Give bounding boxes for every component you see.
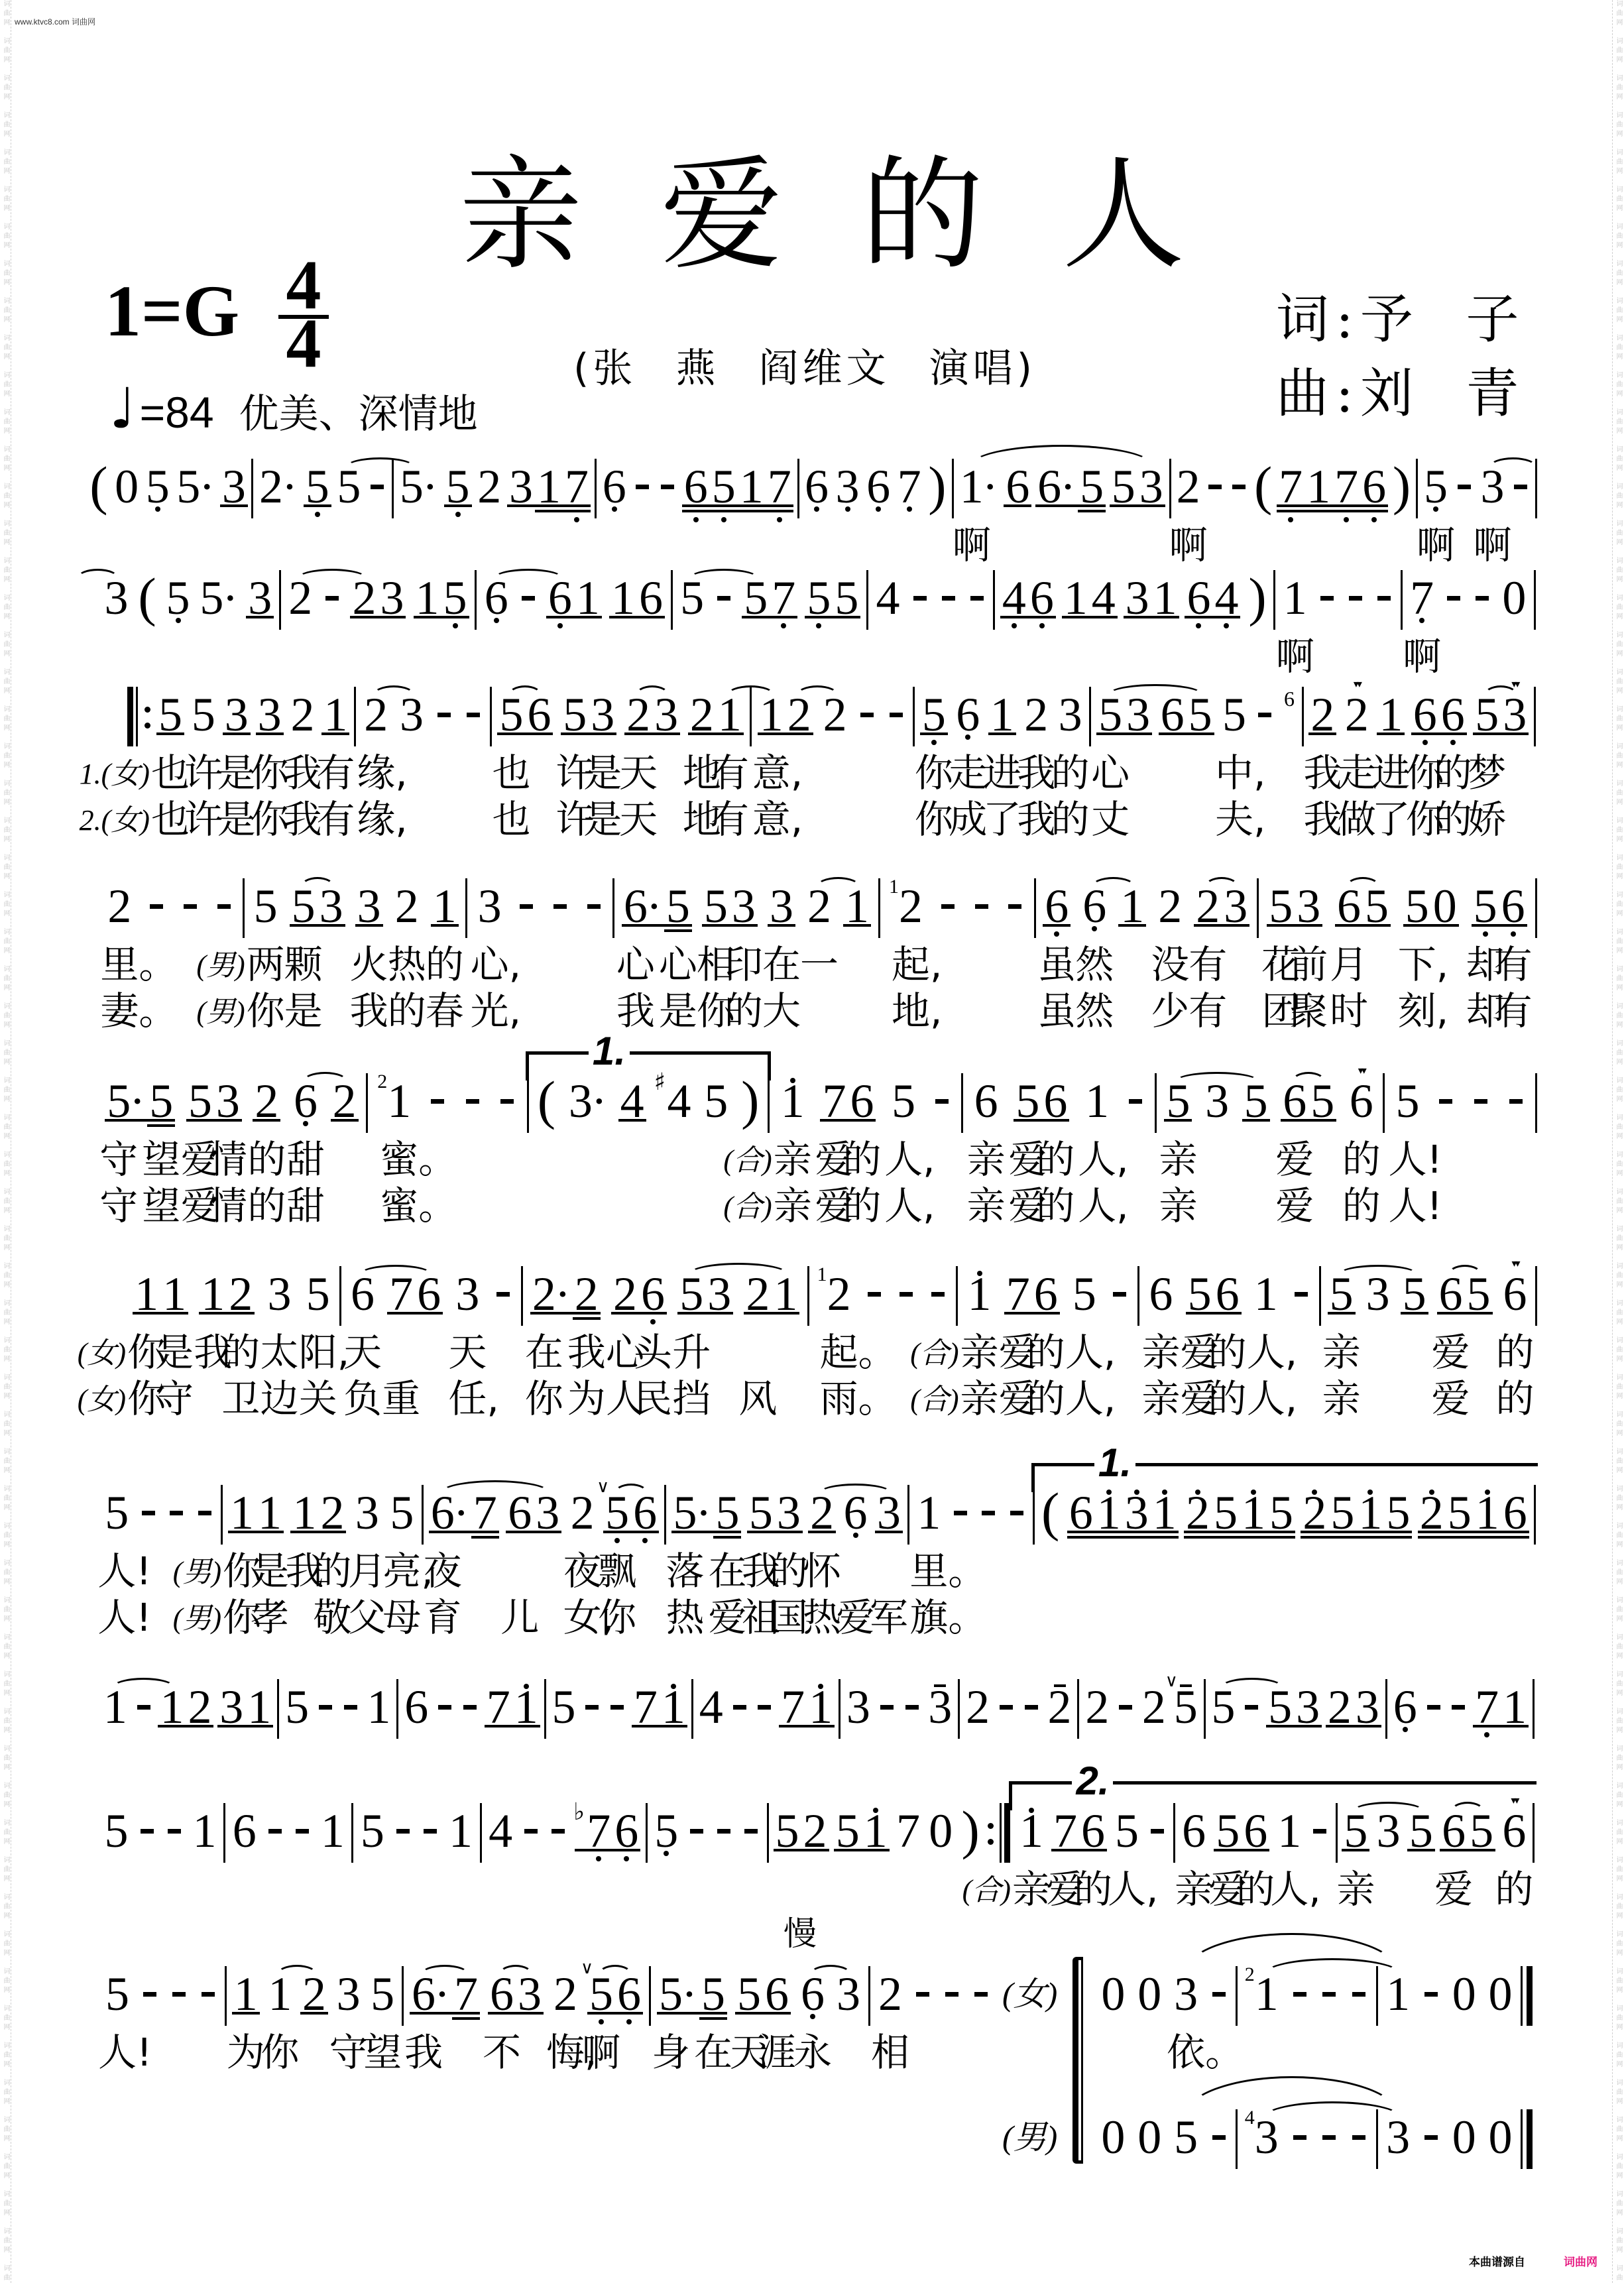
underline-bar [1401,1312,1428,1315]
note: 5 [550,1683,578,1731]
note-digit: 7 [896,1807,920,1855]
note-digit: 5 [390,1489,414,1537]
underline-bar [1439,732,1467,735]
note-digit: 3 [536,1489,559,1537]
barline [913,687,915,746]
note-digit: 2 [395,882,419,930]
note: 1 [266,1970,294,2018]
barline [868,1966,870,2026]
note: 6 [1391,1683,1419,1731]
note-digit: 5 [1015,1077,1039,1125]
open-paren: ( [1252,463,1274,510]
underline-bar [488,2012,516,2015]
staff-row-9: 5161514♭765525170)17656561535656▾▾2.亲(合)… [99,1807,1537,1855]
note-digit: 5 [1424,463,1448,510]
lyric-syllable: 的 [1434,800,1472,839]
note-digit: 5 [188,1077,212,1125]
note-digit: 6 [1082,882,1106,930]
measure: 3(55·3 [99,574,277,622]
note-digit: 2 [477,463,501,510]
note: 6 [615,1970,643,2018]
note: 3 [318,882,345,930]
note-digit: 1 [611,574,635,622]
dash-extender [459,1683,481,1731]
note: 4 [874,574,902,622]
note-digit: 1 [1283,574,1307,622]
lyric-syllable: 意, [752,754,803,792]
note-digit: 0 [1452,1970,1476,2018]
note-digit: 6 [1501,882,1525,930]
underline-bar [766,510,793,512]
note-digit: 6 [527,691,551,738]
measure: 56123 [917,691,1087,738]
rest-note: 0 [1099,1970,1127,2018]
dash-glyph [1210,2113,1228,2161]
note: 3 [835,1970,862,2018]
dash-extender [166,1489,187,1537]
note: 5 [805,574,833,622]
note: 2 [805,882,833,930]
note: 5 [702,882,730,930]
note: 2 [331,1077,359,1125]
note-digit: 5 [361,1807,384,1855]
note: 5· [174,463,217,510]
volta-bracket: 1. [1031,1463,1538,1492]
low-octave-dot [1450,740,1456,745]
measure: 5 [650,1807,765,1855]
ornament-icon: ▾▾ [1358,1065,1365,1076]
augmentation-dot: · [422,463,438,510]
low-octave-dot [907,506,912,512]
note-digit: 7 [565,463,589,510]
note-digit: 3 [1366,1270,1390,1318]
lyric-syllable: 蜜。 [380,1140,457,1179]
note: 5 [103,1970,131,2018]
underline-bar [766,504,793,507]
underline-bar [497,732,525,735]
lyric-syllable: 的 [1342,1140,1381,1179]
note-digit: 5 [1216,1807,1240,1855]
note-digit: 5 [712,463,736,510]
note: 5 [834,1807,862,1855]
note-digit: 2 [626,691,650,738]
underline-bar [1151,1531,1179,1533]
note: 1 [431,882,459,930]
note-digit: 7 [587,1807,610,1855]
underline-bar [1473,1725,1501,1727]
low-octave-dot [1371,517,1377,522]
beam-group: 53 [747,1489,803,1537]
quarter-note-icon: ♩ [109,380,136,436]
note-digit: 5 [158,691,182,738]
note-digit: 3 [357,882,381,930]
note: 4 [1090,574,1118,622]
note-digit: 6 [1187,574,1210,622]
dash-glyph [1006,882,1023,930]
underline-bar [1326,1725,1354,1727]
dash-extender [496,1077,518,1125]
note-digit: 3 [1377,1807,1401,1855]
note-digit: 6 [1081,1807,1105,1855]
underline-bar [785,732,813,735]
note-digit: 5 [1112,463,1135,510]
dash-glyph [323,574,341,622]
lyric-syllable: 的 [426,945,464,984]
note-digit: 2 [1024,691,1048,738]
close-paren: ) [959,1807,981,1855]
note: 3 [266,1270,294,1318]
dash-extender [1435,1077,1456,1125]
singer-label: 1.(女) [80,758,151,791]
lyric-syllable: 你(男) [247,992,285,1030]
note: 5· [657,1970,699,2018]
dash-glyph [139,1807,156,1855]
underline-bar [561,732,589,735]
dash-extender [864,1270,885,1318]
note-digit: 5 [776,1807,799,1855]
dash-glyph [461,1683,479,1731]
note-digit: 4 [1214,574,1238,622]
note: 5 [1401,1270,1428,1318]
lyric-syllable: 重 [382,1379,420,1418]
open-paren: ( [536,1077,557,1125]
note: 5 [702,1077,730,1125]
underline-bar [738,504,766,507]
underline-bar [1079,1849,1107,1851]
note: 6 [1214,1270,1242,1318]
dash-extender [168,1970,190,2018]
barline [595,459,597,518]
note-digit: 3 [1139,463,1163,510]
lyric-syllable: 亲(合) [774,1140,812,1179]
footer-source-text: 本曲谱源自 [1469,2256,1525,2269]
barline [1319,1266,1321,1326]
underline-bar [217,1725,245,1727]
note: 5 [1172,2113,1200,2161]
low-octave-dot [1403,1727,1408,1732]
lyric-syllable: 育 [424,1598,462,1637]
beam-group: 56 [1014,1077,1069,1125]
note-digit: 3 [770,882,793,930]
underline-bar [1096,732,1124,735]
note-digit: 6 [294,1077,318,1125]
lyric-syllable: 的 [1495,1870,1533,1908]
note-digit: 6 [603,463,626,510]
note-digit: 5 [1268,1683,1292,1731]
ornament-icon: ▾▾ [1511,679,1518,689]
low-octave-dot [155,506,160,512]
barline [354,687,356,746]
note: 1 [319,1807,347,1855]
lyric-syllable: 人, [1108,1870,1158,1908]
note-digit: 1 [1254,1270,1278,1318]
measure: 2 [99,882,241,930]
dash-glyph [1008,1489,1025,1537]
note: 5 [335,463,363,510]
note-digit: 5 [200,574,223,622]
note-digit: 2 [827,1270,851,1318]
note-digit: 6 [866,463,890,510]
note-digit: 2 [229,1270,253,1318]
note: 3 [844,1683,872,1731]
underline-bar [1110,504,1137,507]
lyric-syllable: 天 [619,754,658,792]
note: 6 [506,1489,534,1537]
note-digit: 2 [1310,691,1334,738]
dash-extender [1291,1270,1312,1318]
dash-glyph [215,882,233,930]
augmentation-dot: · [1060,463,1076,510]
lyric-syllable: 的 [1027,1333,1065,1372]
high-octave-dot [818,1684,823,1689]
high-octave-dot [524,1684,529,1689]
underline-bar [738,510,766,512]
low-octave-dot [1012,623,1017,628]
lyric-syllable: 是 [155,1333,194,1372]
underline-bar [1384,1536,1412,1539]
beam-group: 1 [232,1970,260,2018]
lyric-syllable: 啊 [1403,637,1441,675]
underline-bar [1004,504,1031,507]
underline-bar [612,1849,640,1851]
beam-group: 5 [444,463,472,510]
note: 3 [775,1489,803,1537]
note: 2 [288,691,316,738]
note: 1 [1377,691,1405,738]
note-digit: 5 [1166,1077,1190,1125]
dash-glyph [1445,574,1462,622]
note: 7 [563,463,591,510]
note-digit: 3 [1296,1683,1320,1731]
underline-bar [253,1119,280,1122]
underline-bar [589,732,616,735]
barline [993,570,995,630]
barline [544,1679,546,1739]
note-digit: 5 [105,1489,129,1537]
note: 1 [862,1807,890,1855]
underline-bar [350,616,378,618]
underline-bar [1360,504,1388,507]
dash-glyph [972,1970,990,2018]
measure: 6561 [965,1077,1153,1125]
low-octave-dot [574,517,579,522]
measure: 100 [1380,1970,1519,2018]
note: 5 [1187,691,1214,738]
measure: 4♭76 [484,1807,644,1855]
note-digit: 6 [1069,1489,1093,1537]
note: 6 [1185,574,1212,622]
note-digit: 4 [620,1077,644,1125]
note: 7 [1408,574,1436,622]
barline [279,570,281,630]
low-octave-dot [814,506,819,512]
paren-glyph: ( [538,1077,555,1125]
note: 3▾▾ [1501,691,1529,738]
lyric-syllable: 卫 [221,1379,260,1418]
underline-bar [1474,1531,1501,1533]
underline-bar [808,1531,836,1533]
measure: 536556 [1093,691,1299,738]
note-digit: 1 [845,882,869,930]
note: 2 [1022,691,1050,738]
note: 5 [652,1807,680,1855]
measure: 1765 [1014,1807,1171,1855]
beam-group: 53 [1266,1683,1322,1731]
note-digit: 1 [234,1970,258,2018]
final-barline [1521,2109,1533,2169]
lyric-syllable: 民 [634,1379,672,1418]
underline-bar [441,616,469,618]
note: 6· [429,1489,471,1537]
beam-group: 53 [677,1270,733,1318]
underline-bar [1242,1849,1269,1851]
note: 2 [1140,1683,1168,1731]
paren-glyph: ( [89,463,107,510]
note-digit: 6 [765,1970,789,2018]
dash-extender [970,1970,992,2018]
beam-group: 3 [246,574,274,622]
lyric-syllable: 爱 [1275,1187,1314,1225]
underline-bar [1212,1536,1240,1539]
beam-group: 6·5 [1035,463,1106,510]
lyric-syllable: 做 [1338,800,1376,839]
note-digit: 5 [807,574,831,622]
underline-bar [1305,504,1332,507]
low-octave-dot [303,1121,308,1126]
measure: 66116 [479,574,668,622]
dash-glyph [369,463,386,510]
note: 6 [1043,882,1071,930]
underline-bar [843,924,871,927]
note-digit: 1 [576,574,600,622]
note: ∨5 [587,1970,615,2018]
note-digit: 5 [1475,691,1499,738]
dash-extender [1443,574,1464,622]
lyric-syllable: 儿 [500,1598,539,1637]
low-octave-dot [557,623,563,628]
dash-extender [420,1807,441,1855]
measure: 3 [469,882,610,930]
staff-row-2: 3(55·3223156611655755446143164)170啊啊 [99,574,1538,622]
lyric-syllable: 边 [261,1379,299,1418]
note: 3 [398,691,426,738]
tempo-bpm: =84 [140,387,214,438]
note-digit: 1 [1255,1970,1279,2018]
low-octave-dot [781,623,786,628]
note: 1 [535,463,563,510]
dash-glyph [422,1807,439,1855]
barline [691,1679,693,1739]
underline-bar [232,2012,260,2015]
underline-bar [618,1119,646,1122]
note-digit: 1 [1153,1489,1177,1537]
lyric-syllable: 的 [388,992,426,1030]
note-digit: 7 [898,463,921,510]
lyric-syllable: 夫, [1215,800,1265,839]
note: 5 [1363,882,1391,930]
underline-bar [1184,1531,1212,1533]
dash-glyph [715,1807,732,1855]
dash-glyph [742,1807,760,1855]
note-digit: 1 [1386,1970,1410,2018]
lyric-syllable: 聚 [1289,992,1328,1030]
dash-glyph [1291,1970,1308,2018]
barline [366,1073,368,1133]
lyric-syllable: 下, [1398,945,1448,984]
underline-bar [429,1531,471,1533]
dash-extender [1454,463,1475,510]
lyric-syllable: 的 [725,992,763,1030]
flat-icon: ♭ [573,1800,585,1824]
lyric-syllable: 人, [1078,1187,1128,1225]
dash-glyph [317,1683,334,1731]
note: 5 [1468,1807,1495,1855]
beam-group: 14 [1062,574,1118,622]
lyric-syllable: 心, [471,945,521,984]
measure: 22315 [283,574,473,622]
beam-group: 56 [1214,1807,1269,1855]
underline-bar [1335,924,1363,927]
low-octave-dot [721,517,726,522]
measure: 535656▾▾ [1159,1077,1381,1125]
dash-glyph [200,1970,217,2018]
beam-group: 65 [1281,1077,1336,1125]
note-digit: 2 [787,691,811,738]
dash-extender [931,1077,953,1125]
note: ∨5 [603,1489,631,1537]
underline-bar [1123,1531,1151,1533]
note-digit: 5 [704,1077,728,1125]
dash-extender [1309,1807,1330,1855]
underline-bar [1014,1119,1041,1122]
note: 3 [1354,1683,1381,1731]
note-digit: 5 [499,691,523,738]
note-digit: 7 [781,1683,805,1731]
note-digit: 5 [149,1077,173,1125]
note-digit: 0 [929,1807,953,1855]
lyric-syllable: 依。 [1167,2033,1244,2072]
measure: 12 [882,882,1032,930]
lyric-syllable: 亲 [1322,1379,1361,1418]
measure: 5 [99,1970,223,2018]
note-digit: 4 [489,1807,512,1855]
note: 6 [954,691,982,738]
lyric-syllable: 你 [915,800,953,839]
dash-extender [896,1270,917,1318]
dash-extender [427,1077,448,1125]
note: 4 [1212,574,1240,622]
note-digit: 1 [416,574,439,622]
note: 5 [1407,1807,1435,1855]
lyric-syllable: 我 [350,992,388,1030]
note: 2 [1083,1683,1111,1731]
underline-bar [414,616,441,618]
note-digit: 2 [288,574,312,622]
paren-glyph: ( [138,574,156,622]
dash-extender [966,574,988,622]
measure: 661223 [1038,882,1255,930]
dash-glyph [1472,1077,1489,1125]
lyric-syllable: 身 [652,2033,690,2072]
note: 3 [1222,882,1249,930]
augmentation-dot: · [681,1970,697,2018]
dash-glyph [756,1683,773,1731]
lyric-syllable: 然 [1075,945,1114,984]
dash-glyph [182,882,199,930]
note: 6 [1028,574,1056,622]
underline-bar [1214,1312,1242,1315]
measure: 4 [870,574,991,622]
